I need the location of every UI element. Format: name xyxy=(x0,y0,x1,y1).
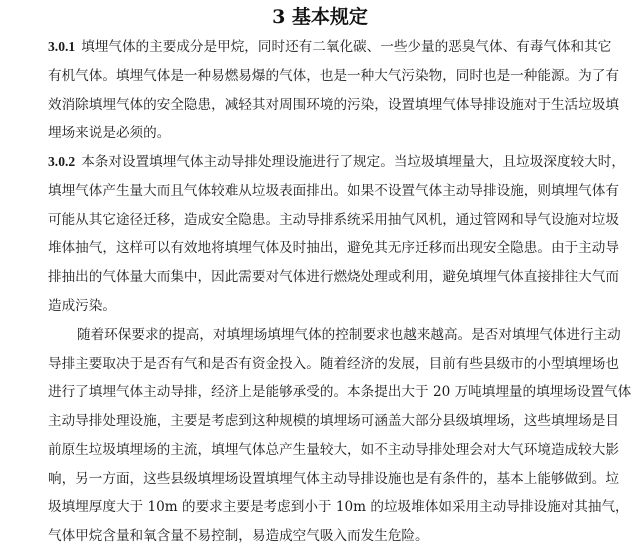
text-line: 可能从其它途径迁移，造成安全隐患。主动导排系统采用抽气风机，通过管网和导气设施对… xyxy=(48,210,604,230)
text-line: 有机气体。填埋气体是一种易燃易爆的气体，也是一种大气污染物，同时也是一种能源。为… xyxy=(48,66,604,86)
text-line: 本条对设置填埋气体主动导排处理设施进行了规定。当垃圾填埋量大，且垃圾深度较大时， xyxy=(81,154,625,170)
clause-3-0-1-line-1: 3.0.1填埋气体的主要成分是甲烷，同时还有二氧化碳、一些少量的恶臭气体、有毒气… xyxy=(48,37,604,57)
text-line: 气体甲烷含量和氧含量不易控制，易造成空气吸入而发生危险。 xyxy=(48,526,604,546)
text-line: 填埋气体的主要成分是甲烷，同时还有二氧化碳、一些少量的恶臭气体、有毒气体和其它 xyxy=(81,39,611,55)
page-title: 3 基本规定 xyxy=(0,4,640,30)
text-line: 前原生垃圾填埋场的主流，填埋气体总产生量较大，如不主动导排处理会对大气环境造成较… xyxy=(48,440,604,460)
text-line: 填埋气体产生量大而且气体较难从垃圾表面排出。如果不设置气体主动导排设施，则填埋气… xyxy=(48,181,604,201)
text-line: 排抽出的气体量大而集中，因此需要对气体进行燃烧处理或利用，避免填埋气体直接排往大… xyxy=(48,267,604,287)
text-line: 造成污染。 xyxy=(48,296,604,316)
clause-3-0-2-line-1: 3.0.2本条对设置填埋气体主动导排处理设施进行了规定。当垃圾填埋量大，且垃圾深… xyxy=(48,152,604,172)
text-line: 主动导排处理设施，主要是考虑到这种规模的填埋场可涵盖大部分县级填埋场，这些填埋场… xyxy=(48,411,604,431)
text-line: 随着环保要求的提高，对填埋场填埋气体的控制要求也越来越高。是否对填埋气体进行主动 xyxy=(48,325,604,345)
clause-number: 3.0.2 xyxy=(48,154,75,169)
text-line: 堆体抽气，这样可以有效地将填埋气体及时抽出，避免其无序迁移而出现安全隐患。由于主… xyxy=(48,238,604,258)
text-line: 效消除填埋气体的安全隐患，减轻其对周围环境的污染，设置填埋气体导排设施对于生活垃… xyxy=(48,95,604,115)
text-line: 导排主要取决于是否有气和是否有资金投入。随着经济的发展，目前有些县级市的小型填埋… xyxy=(48,354,604,374)
text-line: 进行了填埋气体主动导排，经济上是能够承受的。本条提出大于 20 万吨填埋量的填埋… xyxy=(48,382,604,402)
text-line: 圾填埋厚度大于 10m 的要求主要是考虑到小于 10m 的垃圾堆体如采用主动导排… xyxy=(48,497,604,517)
clause-number: 3.0.1 xyxy=(48,39,75,54)
text-line: 埋场来说是必须的。 xyxy=(48,123,604,143)
text-line: 响，另一方面，这些县级填埋场设置填埋气体主动导排设施也是有条件的，基本上能够做到… xyxy=(48,469,604,489)
